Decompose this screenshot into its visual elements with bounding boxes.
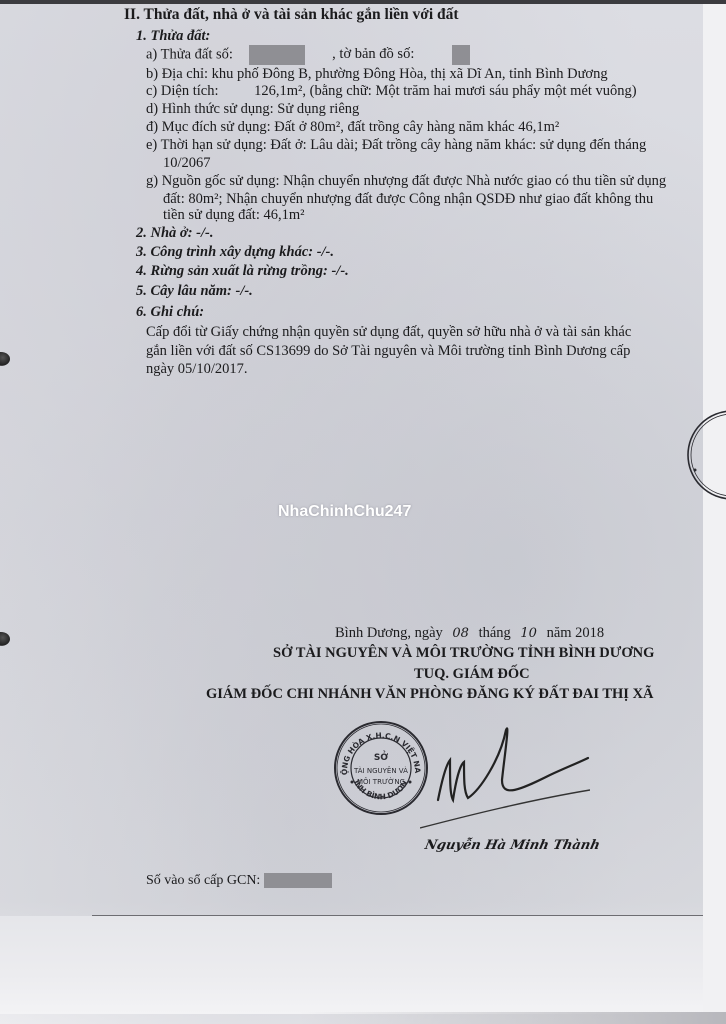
usage-form-row: d) Hình thức sử dụng: Sử dụng riêng bbox=[146, 100, 359, 118]
notes-heading: 6. Ghi chú: bbox=[136, 303, 204, 321]
handwritten-signature bbox=[420, 720, 590, 830]
issue-month: 10 bbox=[520, 626, 537, 641]
watermark: NhaChinhChu247 bbox=[278, 503, 411, 521]
partial-stamp-edge bbox=[686, 410, 726, 500]
land-parcel-row: a) Thửa đất số: , tờ bản đồ số: bbox=[146, 45, 470, 65]
usage-origin-row-cont2: tiền sử dụng đất: 46,1m² bbox=[163, 206, 305, 224]
signer-position: GIÁM ĐỐC CHI NHÁNH VĂN PHÒNG ĐĂNG KÝ ĐẤT… bbox=[206, 685, 654, 703]
perennial-trees-row: 5. Cây lâu năm: -/-. bbox=[136, 282, 253, 300]
on-behalf-title: TUQ. GIÁM ĐỐC bbox=[414, 665, 530, 683]
notes-line: Cấp đổi từ Giấy chứng nhận quyền sử dụng… bbox=[146, 323, 631, 341]
usage-term-row: e) Thời hạn sử dụng: Đất ở: Lâu dài; Đất… bbox=[146, 136, 646, 154]
svg-text:SỞ: SỞ bbox=[374, 750, 388, 763]
area-row: c) Diện tích: 126,1m², (bằng chữ: Một tr… bbox=[146, 82, 637, 100]
redacted-registry-number bbox=[264, 873, 332, 888]
issue-place: Bình Dương, ngày bbox=[335, 625, 443, 641]
svg-text:TÀI NGUYÊN VÀ: TÀI NGUYÊN VÀ bbox=[353, 766, 408, 775]
area-value: 126,1m², (bằng chữ: Một trăm hai mươi sá… bbox=[254, 83, 637, 99]
usage-origin-row: g) Nguồn gốc sử dụng: Nhận chuyển nhượng… bbox=[146, 172, 666, 190]
other-construction-row: 3. Công trình xây dựng khác: -/-. bbox=[136, 243, 334, 261]
usage-purpose-row: đ) Mục đích sử dụng: Đất ở 80m², đất trồ… bbox=[146, 118, 559, 136]
registry-label: Số vào sổ cấp GCN: bbox=[146, 873, 260, 888]
certificate-content: II. Thửa đất, nhà ở và tài sản khác gắn … bbox=[0, 0, 726, 1024]
issue-day: 08 bbox=[452, 626, 469, 641]
usage-term-row-cont: 10/2067 bbox=[163, 154, 211, 172]
signer-name: Nguyễn Hà Minh Thành bbox=[423, 838, 601, 853]
redacted-parcel-number bbox=[249, 45, 305, 65]
notes-line: gắn liền với đất số CS13699 do Sở Tài ng… bbox=[146, 342, 630, 360]
address-row: b) Địa chỉ: khu phố Đông B, phường Đông … bbox=[146, 65, 608, 83]
production-forest-row: 4. Rừng sản xuất là rừng trồng: -/-. bbox=[136, 262, 349, 280]
redacted-map-sheet-number bbox=[452, 45, 470, 65]
parcel-number-label: a) Thửa đất số: bbox=[146, 46, 233, 62]
area-label: c) Diện tích: bbox=[146, 83, 218, 99]
month-label: tháng bbox=[479, 625, 511, 641]
notes-line: ngày 05/10/2017. bbox=[146, 360, 248, 378]
map-sheet-label: , tờ bản đồ số: bbox=[332, 46, 414, 62]
issue-date-line: Bình Dương, ngày 08 tháng 10 năm 2018 bbox=[335, 624, 604, 643]
issue-year: năm 2018 bbox=[547, 625, 605, 641]
house-row: 2. Nhà ở: -/-. bbox=[136, 224, 213, 242]
svg-text:MÔI TRƯỜNG: MÔI TRƯỜNG bbox=[357, 777, 405, 786]
land-heading: 1. Thửa đất: bbox=[136, 27, 210, 45]
official-stamp: CỘNG HÒA X.H.C.N VIỆT NAM TỈNH BÌNH DƯƠN… bbox=[333, 720, 429, 816]
section-title: II. Thửa đất, nhà ở và tài sản khác gắn … bbox=[124, 6, 459, 24]
agency-name: SỞ TÀI NGUYÊN VÀ MÔI TRƯỜNG TỈNH BÌNH DƯ… bbox=[273, 644, 654, 662]
registry-row: Số vào sổ cấp GCN: bbox=[146, 872, 332, 890]
